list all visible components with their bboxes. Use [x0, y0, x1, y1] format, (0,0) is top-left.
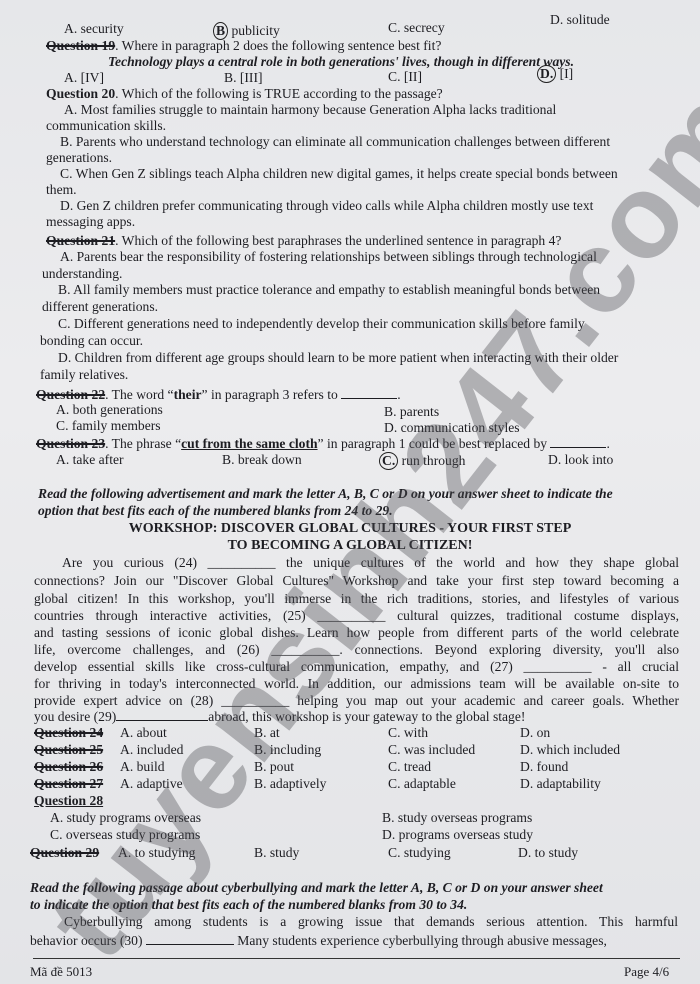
q22-prompt: Question 22. The word “their” in paragra… [36, 386, 401, 403]
q25-option-b[interactable]: B. including [254, 742, 321, 758]
q22-option-a[interactable]: A. both generations [56, 402, 163, 418]
q23-option-d[interactable]: D. look into [548, 452, 613, 468]
q19-option-b[interactable]: B. [III] [224, 70, 263, 86]
option-text: publicity [228, 23, 280, 38]
question-label: Question 19 [46, 38, 115, 53]
q24-option-d[interactable]: D. on [520, 725, 550, 741]
q29-option-c[interactable]: C. studying [388, 845, 451, 861]
ad-passage-last-line: you desire (29)abroad, this workshop is … [34, 708, 525, 725]
question-text: . Where in paragraph 2 does the followin… [115, 38, 441, 53]
question-text: . Which of the following best paraphrase… [115, 233, 561, 248]
q24-label: Question 24 [34, 725, 103, 741]
q25-option-c[interactable]: C. was included [388, 742, 475, 758]
q20-option-b[interactable]: B. Parents who understand technology can… [60, 134, 610, 150]
q26-label: Question 26 [34, 759, 103, 775]
q25-option-d[interactable]: D. which included [520, 742, 620, 758]
ad-passage-line: and tasting sessions of iconic global di… [34, 624, 679, 641]
q19-prompt: Question 19. Where in paragraph 2 does t… [46, 38, 441, 54]
q29-option-a[interactable]: A. to studying [118, 845, 195, 861]
q29-option-b[interactable]: B. study [254, 845, 299, 861]
question-label: Question 23 [36, 436, 105, 451]
q20-option-a[interactable]: A. Most families struggle to maintain ha… [64, 102, 556, 118]
cyber-passage-line2: behavior occurs (30) Many students exper… [30, 932, 607, 949]
underlined-phrase: cut from the same cloth [181, 436, 317, 451]
ad-instruction-line2: option that best fits each of the number… [38, 503, 393, 519]
q24-option-a[interactable]: A. about [120, 725, 167, 741]
q22-option-d[interactable]: D. communication styles [384, 420, 520, 436]
q21-option-a-cont: understanding. [42, 266, 122, 282]
ad-passage-line: provide expert advice on (28) __________… [34, 692, 679, 709]
q19-option-c[interactable]: C. [II] [388, 69, 422, 85]
q21-option-d-cont: family relatives. [40, 367, 128, 383]
q25-option-a[interactable]: A. included [120, 742, 183, 758]
q19-sentence: Technology plays a central role in both … [108, 54, 574, 70]
ad-passage-line: for thriving in today's interconnected w… [34, 675, 679, 692]
cyber-instruction-line2: to indicate the option that best fits ea… [30, 897, 467, 913]
q21-option-b-cont: different generations. [42, 299, 158, 315]
q26-option-a[interactable]: A. build [120, 759, 165, 775]
question-label: Question 20 [46, 86, 115, 101]
ad-passage-line: countries through interactive activities… [34, 607, 679, 624]
passage-text: you desire (29) [34, 709, 116, 724]
q27-option-c[interactable]: C. adaptable [388, 776, 456, 792]
q26-option-d[interactable]: D. found [520, 759, 568, 775]
answer-circle: D. [537, 65, 556, 83]
q20-option-b-cont: generations. [46, 150, 112, 166]
option-text: run through [398, 453, 465, 468]
q28-option-a[interactable]: A. study programs overseas [50, 810, 201, 826]
q18-option-c[interactable]: C. secrecy [388, 20, 445, 36]
q26-option-b[interactable]: B. pout [254, 759, 294, 775]
q18-option-a[interactable]: A. security [64, 21, 124, 37]
q20-option-d[interactable]: D. Gen Z children prefer communicating t… [60, 198, 593, 214]
answer-blank-30 [146, 932, 234, 945]
q21-option-a[interactable]: A. Parents bear the responsibility of fo… [60, 249, 597, 265]
q26-option-c[interactable]: C. tread [388, 759, 431, 775]
q23-option-a[interactable]: A. take after [56, 452, 124, 468]
q19-option-d[interactable]: D. [I] [540, 65, 573, 83]
q21-option-b[interactable]: B. All family members must practice tole… [58, 282, 600, 298]
q20-option-c[interactable]: C. When Gen Z siblings teach Alpha child… [60, 166, 618, 182]
question-text: ” in paragraph 1 could be best replaced … [318, 436, 548, 451]
q23-prompt: Question 23. The phrase “cut from the sa… [36, 435, 610, 452]
q21-option-c[interactable]: C. Different generations need to indepen… [58, 316, 585, 332]
answer-blank [341, 386, 397, 399]
q21-prompt: Question 21. Which of the following best… [46, 233, 561, 249]
q20-option-d-cont: messaging apps. [46, 214, 135, 230]
q27-label: Question 27 [34, 776, 103, 792]
q24-option-b[interactable]: B. at [254, 725, 280, 741]
question-text: . Which of the following is TRUE accordi… [115, 86, 443, 101]
question-label: Question 22 [36, 387, 105, 402]
q23-option-c[interactable]: C. run through [382, 452, 465, 470]
q27-option-b[interactable]: B. adaptively [254, 776, 326, 792]
q28-option-d[interactable]: D. programs overseas study [382, 827, 533, 843]
question-text: . The phrase “ [105, 436, 181, 451]
ad-passage-line: connections? Join our "Discover Global C… [34, 572, 679, 589]
cyber-instruction-line1: Read the following passage about cyberbu… [30, 880, 603, 896]
question-label: Question 21 [46, 233, 115, 248]
ad-passage-line: life, overcome challenges, and (26) ____… [34, 641, 679, 658]
q19-option-a[interactable]: A. [IV] [64, 70, 104, 86]
q21-option-c-cont: bonding can occur. [40, 333, 143, 349]
ad-title-line2: TO BECOMING A GLOBAL CITIZEN! [0, 537, 700, 554]
question-text: ” in paragraph 3 refers to [202, 387, 338, 402]
q27-option-a[interactable]: A. adaptive [120, 776, 183, 792]
keyword: their [174, 387, 202, 402]
page-number: Page 4/6 [624, 964, 669, 980]
q27-option-d[interactable]: D. adaptability [520, 776, 601, 792]
q29-option-d[interactable]: D. to study [518, 845, 578, 861]
answer-blank-29 [116, 708, 208, 721]
question-text: . The word “ [105, 387, 173, 402]
passage-text: abroad, this workshop is your gateway to… [208, 709, 525, 724]
q23-option-b[interactable]: B. break down [222, 452, 302, 468]
answer-circle: C. [379, 452, 398, 470]
q21-option-d[interactable]: D. Children from different age groups sh… [58, 350, 618, 366]
ad-instruction-line1: Read the following advertisement and mar… [38, 486, 613, 502]
answer-blank [550, 435, 606, 448]
ad-passage-line: Are you curious (24) __________ the uniq… [34, 554, 679, 571]
passage-text: Many students experience cyberbullying t… [237, 933, 607, 948]
ad-title-line1: WORKSHOP: DISCOVER GLOBAL CULTURES - YOU… [0, 520, 700, 537]
exam-page: A. security B publicity C. secrecy D. so… [0, 0, 700, 984]
q20-option-a-cont: communication skills. [46, 118, 166, 134]
q20-prompt: Question 20. Which of the following is T… [46, 86, 443, 102]
q22-option-c[interactable]: C. family members [56, 418, 161, 434]
option-text: [I] [556, 66, 573, 81]
q20-option-c-cont: them. [46, 182, 77, 198]
cyber-passage-line1: Cyberbullying among students is a growin… [30, 913, 678, 930]
exam-code: Mã đề 5013 [30, 964, 92, 980]
q18-option-d[interactable]: D. solitude [550, 12, 610, 28]
q28-option-c[interactable]: C. overseas study programs [50, 827, 200, 843]
q28-option-b[interactable]: B. study overseas programs [382, 810, 532, 826]
q29-label: Question 29 [30, 845, 99, 861]
ad-passage-line: develop essential skills like cross-cult… [34, 658, 679, 675]
q24-option-c[interactable]: C. with [388, 725, 428, 741]
q28-label: Question 28 [34, 793, 103, 809]
footer-divider [33, 958, 680, 959]
q25-label: Question 25 [34, 742, 103, 758]
ad-passage-line: global citizen! In this workshop, you'll… [34, 590, 679, 607]
passage-text: behavior occurs (30) [30, 933, 142, 948]
q22-option-b[interactable]: B. parents [384, 404, 439, 420]
